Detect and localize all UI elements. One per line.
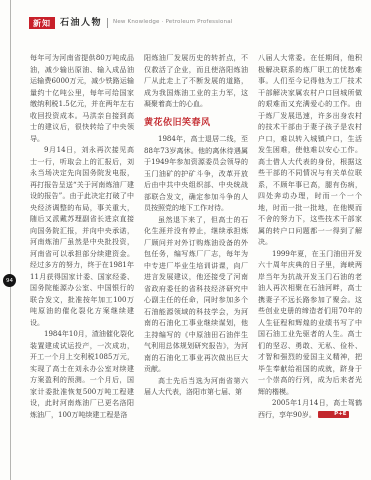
article-column-2: 阳炼油厂发展历史的转折点，不仅救活了企业，而且使洛阳炼油厂从此走上了不断发展的道… bbox=[144, 53, 248, 399]
page-number: 94 bbox=[6, 278, 13, 284]
article-column-1: 每年可为河南省提供80万吨成品油，减少输出原油、输入成品油运输费6000万元，减… bbox=[30, 53, 134, 421]
paragraph: 每年可为河南省提供80万吨成品油，减少输出原油、输入成品油运输费6000万元，减… bbox=[30, 53, 134, 145]
left-margin-rule bbox=[10, 0, 11, 480]
section-subtitle: New Knowledge · Petroleum Professional bbox=[113, 20, 233, 26]
article-column-3: 八届人大常委。在任期间，他积极解决联系的炼厂职工的忧愁难事。人们至今记得他为工厂… bbox=[258, 53, 362, 421]
paragraph: 1999年夏，在玉门油田开发六十周年庆典的日子里，海峡两岸当年为抗战开发玉门石油… bbox=[258, 249, 362, 399]
magazine-page: 94 新知 石油人物 New Knowledge · Petroleum Pro… bbox=[0, 0, 371, 480]
paragraph: 1984年，高士退居二线，至88年73岁离休。他的离休待遇属于1949年参加资源… bbox=[144, 134, 248, 215]
paragraph: 9月14日，刘永再次接见高士一行，听取会上的汇报后，刘永当场决定先向国务院发电报… bbox=[30, 145, 134, 329]
section-header: 新知 石油人物 New Knowledge · Petroleum Profes… bbox=[29, 17, 233, 29]
header-divider bbox=[107, 18, 108, 28]
paragraph: 八届人大常委。在任期间，他积极解决联系的炼厂职工的忧愁难事。人们至今记得他为工厂… bbox=[258, 53, 362, 249]
paragraph: 2005年1月14日，高士驾鹤西行，享年90岁。 P+E bbox=[258, 398, 362, 421]
article-subheading: 黄花依旧笑春风 bbox=[144, 118, 248, 129]
article-end-mark: P+E bbox=[318, 411, 348, 419]
paragraph: 虽然退下来了，但高士的石化生涯并没有停止，继续承担炼厂顾问并对外订购炼油设备的外… bbox=[144, 215, 248, 376]
section-title: 石油人物 bbox=[60, 19, 102, 28]
paragraph: 高士先后当选为河南省第六届人大代表，洛阳市第七届、第 bbox=[144, 376, 248, 399]
paragraph: 1984年10月，渣油催化裂化装置建成试运投产，一次成功，开工一个月上交利税10… bbox=[30, 329, 134, 421]
paragraph: 阳炼油厂发展历史的转折点，不仅救活了企业，而且使洛阳炼油厂从此走上了不断发展的道… bbox=[144, 53, 248, 111]
section-badge: 新知 bbox=[29, 17, 55, 29]
page-number-badge: 94 bbox=[3, 274, 16, 287]
